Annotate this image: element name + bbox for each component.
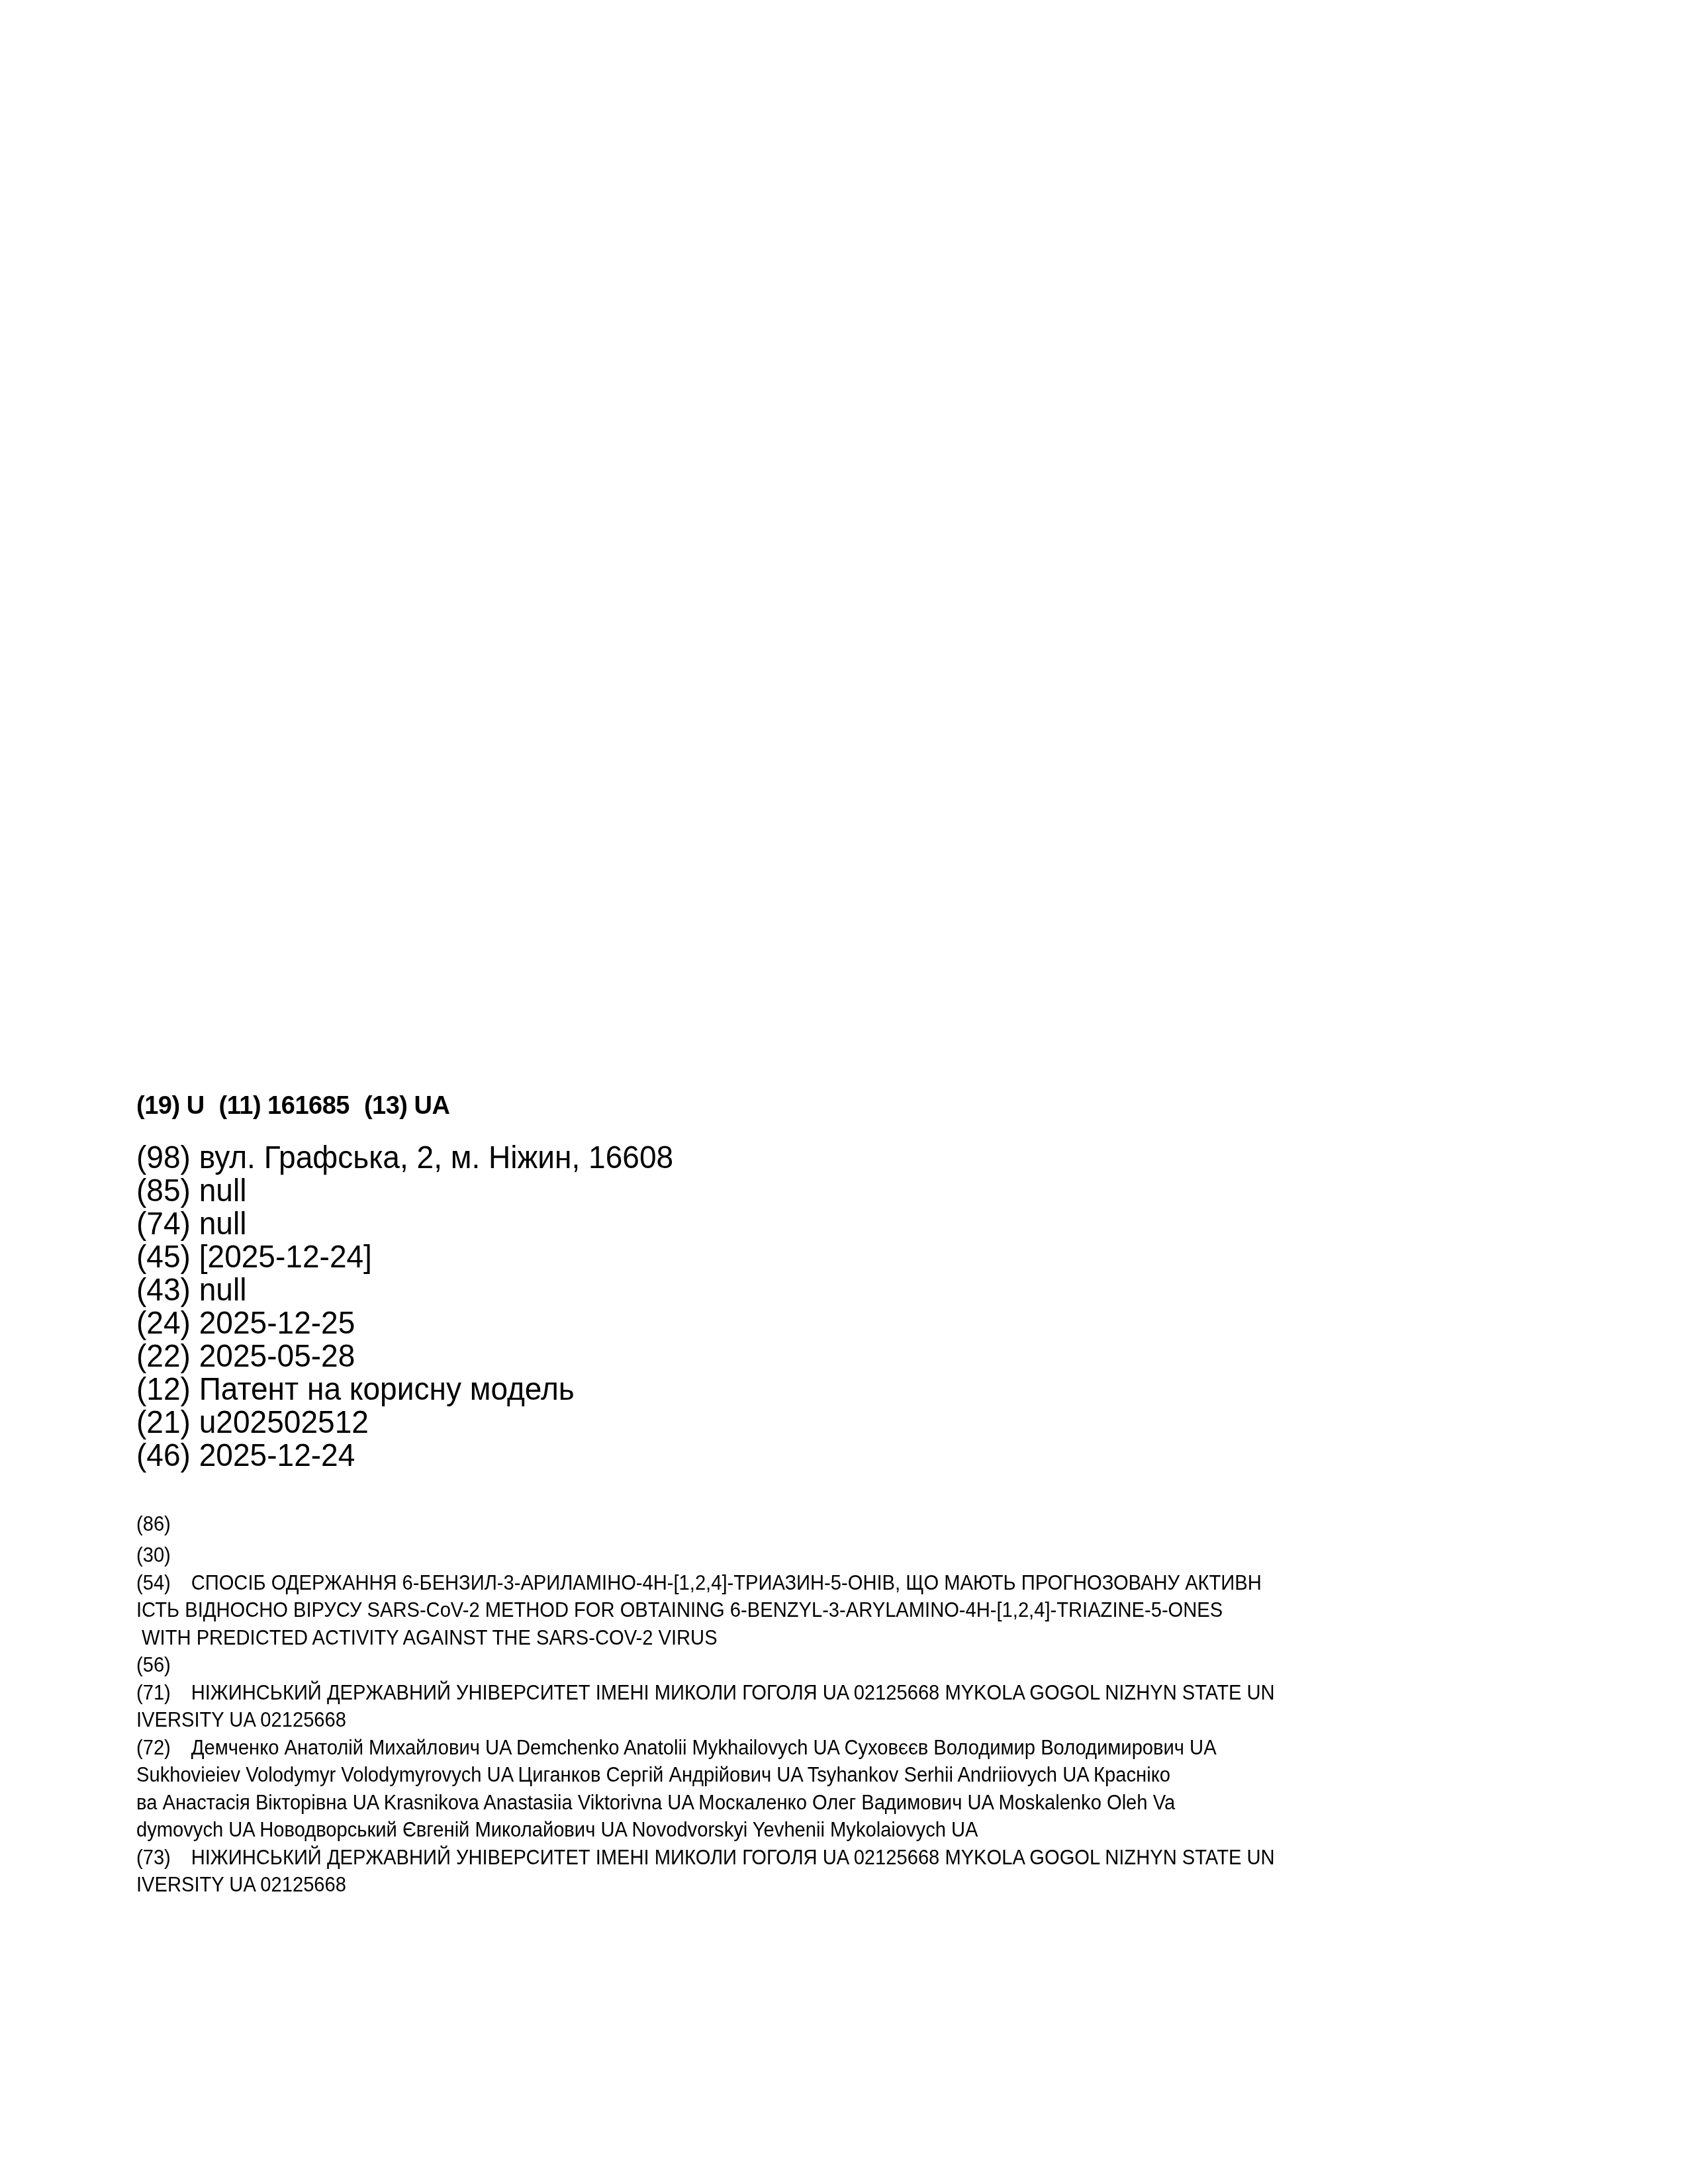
field-value: null	[199, 1206, 247, 1242]
field-code: (54)	[136, 1569, 191, 1597]
field-value: 2025-12-25	[199, 1305, 355, 1341]
biblio-row-12: (12) Патент на корисну модель	[136, 1373, 673, 1406]
field-value: null	[199, 1173, 247, 1208]
title-line: СПОСІБ ОДЕРЖАННЯ 6-БЕНЗИЛ-3-АРИЛАМІНО-4Н…	[191, 1571, 1262, 1594]
title-line: ІСТЬ ВІДНОСНО ВІРУСУ SARS-CoV-2 METHOD F…	[136, 1598, 1223, 1621]
bibliographic-data: (98) вул. Графська, 2, м. Ніжин, 16608 (…	[136, 1141, 673, 1472]
field-86: (86)	[136, 1510, 1443, 1541]
field-code: (71)	[136, 1679, 191, 1707]
field-56: (56)	[136, 1651, 1443, 1679]
applicant-line: IVERSITY UA 02125668	[136, 1708, 346, 1731]
field-code: (74)	[136, 1206, 191, 1242]
field-code: (86)	[136, 1512, 171, 1535]
field-code: (72)	[136, 1734, 191, 1762]
field-value: u202502512	[199, 1404, 369, 1440]
patent-number: (11) 161685	[219, 1092, 350, 1120]
applicant-line: НІЖИНСЬКИЙ ДЕРЖАВНИЙ УНІВЕРСИТЕТ ІМЕНІ М…	[191, 1681, 1275, 1704]
field-value: 2025-05-28	[199, 1338, 355, 1374]
country-code: (19) U	[136, 1092, 205, 1120]
biblio-row-74: (74) null	[136, 1207, 673, 1240]
field-code: (46)	[136, 1437, 191, 1473]
field-value: [2025-12-24]	[199, 1239, 372, 1275]
biblio-row-98: (98) вул. Графська, 2, м. Ніжин, 16608	[136, 1141, 673, 1174]
field-code: (12)	[136, 1371, 191, 1407]
field-72-inventors: (72)Демченко Анатолій Михайлович UA Demc…	[136, 1734, 1443, 1844]
patent-header: (19) U(11) 161685(13) UA	[136, 1092, 464, 1120]
field-code: (24)	[136, 1305, 191, 1341]
biblio-row-43: (43) null	[136, 1273, 673, 1306]
inventors-line: ва Анастасія Вікторівна UA Krasnikova An…	[136, 1791, 1175, 1814]
biblio-row-22: (22) 2025-05-28	[136, 1340, 673, 1373]
biblio-row-85: (85) null	[136, 1174, 673, 1207]
title-line: WITH PREDICTED ACTIVITY AGAINST THE SARS…	[136, 1626, 718, 1649]
biblio-row-45: (45) [2025-12-24]	[136, 1240, 673, 1273]
biblio-row-21: (21) u202502512	[136, 1406, 673, 1439]
field-30: (30)	[136, 1541, 1443, 1569]
field-code: (98)	[136, 1140, 191, 1175]
field-code: (56)	[136, 1653, 171, 1676]
biblio-row-46: (46) 2025-12-24	[136, 1439, 673, 1472]
field-71-applicant: (71)НІЖИНСЬКИЙ ДЕРЖАВНИЙ УНІВЕРСИТЕТ ІМЕ…	[136, 1679, 1443, 1734]
field-54-title: (54)СПОСІБ ОДЕРЖАННЯ 6-БЕНЗИЛ-3-АРИЛАМІН…	[136, 1569, 1443, 1652]
field-code: (43)	[136, 1272, 191, 1308]
field-73-owner: (73)НІЖИНСЬКИЙ ДЕРЖАВНИЙ УНІВЕРСИТЕТ ІМЕ…	[136, 1844, 1443, 1899]
field-value: null	[199, 1272, 247, 1308]
field-code: (73)	[136, 1844, 191, 1872]
field-code: (21)	[136, 1404, 191, 1440]
inventors-line: Sukhovieiev Volodymyr Volodymyrovych UA …	[136, 1763, 1170, 1786]
kind-code: (13) UA	[364, 1092, 450, 1120]
inventors-line: dymovych UA Новодворський Євгеній Микола…	[136, 1818, 978, 1841]
field-value: Патент на корисну модель	[199, 1371, 575, 1407]
owner-line: НІЖИНСЬКИЙ ДЕРЖАВНИЙ УНІВЕРСИТЕТ ІМЕНІ М…	[191, 1846, 1275, 1869]
field-code: (30)	[136, 1543, 171, 1567]
details-section: (86) (30) (54)СПОСІБ ОДЕРЖАННЯ 6-БЕНЗИЛ-…	[136, 1510, 1443, 1899]
field-code: (85)	[136, 1173, 191, 1208]
field-code: (45)	[136, 1239, 191, 1275]
owner-line: IVERSITY UA 02125668	[136, 1873, 346, 1896]
inventors-line: Демченко Анатолій Михайлович UA Demchenk…	[191, 1736, 1217, 1759]
biblio-row-24: (24) 2025-12-25	[136, 1306, 673, 1340]
field-value: 2025-12-24	[199, 1437, 355, 1473]
field-value: вул. Графська, 2, м. Ніжин, 16608	[199, 1140, 673, 1175]
field-code: (22)	[136, 1338, 191, 1374]
patent-page: (19) U(11) 161685(13) UA (98) вул. Графс…	[0, 0, 1688, 2184]
